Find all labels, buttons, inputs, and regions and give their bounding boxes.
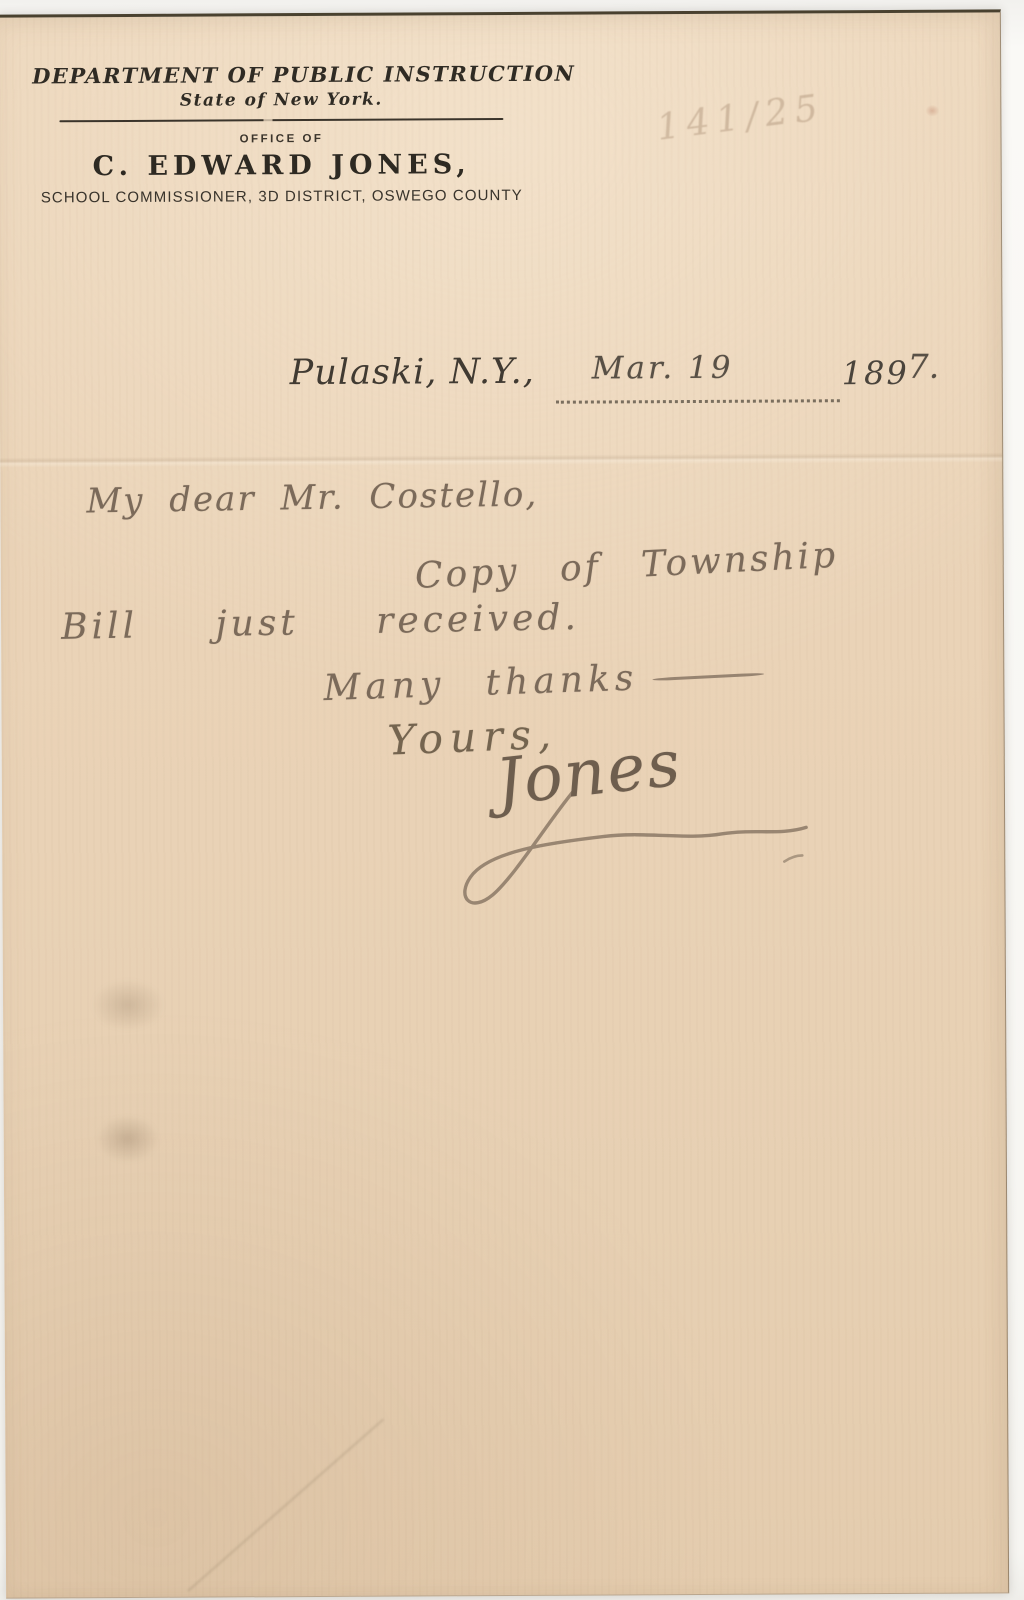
paper-smudge-2	[96, 1115, 160, 1163]
paper-smudge-1	[91, 979, 165, 1031]
dateline-year-printed: 189	[842, 354, 909, 392]
corner-crease	[187, 1419, 384, 1592]
letterhead-state-line: State of New York.	[32, 89, 530, 112]
letterhead-department-line: DEPARTMENT OF PUBLIC INSTRUCTION	[32, 61, 530, 89]
fold-crease	[0, 452, 1002, 467]
letterhead: DEPARTMENT OF PUBLIC INSTRUCTION State o…	[32, 61, 531, 207]
body-line-3: Many thanks	[323, 653, 765, 709]
dateline-year-handwritten: 7.	[908, 347, 940, 386]
dateline-place-printed: Pulaski, N.Y.,	[290, 352, 535, 393]
body-line-1: Copy of Township	[414, 535, 839, 597]
salutation-handwritten: My dear Mr. Costello,	[86, 474, 538, 521]
body-line-2: Bill just received.	[61, 597, 580, 648]
scanned-document-background: DEPARTMENT OF PUBLIC INSTRUCTION State o…	[0, 0, 1024, 1600]
letterhead-divider-rule	[59, 118, 503, 122]
paper-speck	[925, 105, 939, 117]
dateline-date-handwritten: Mar. 19	[592, 350, 734, 387]
signature-flourish	[454, 783, 815, 915]
letter-page: DEPARTMENT OF PUBLIC INSTRUCTION State o…	[0, 9, 1009, 1598]
pencil-annotation: 141/25	[654, 87, 826, 149]
letterhead-commissioner-title: SCHOOL COMMISSIONER, 3D DISTRICT, OSWEGO…	[33, 187, 531, 207]
letterhead-commissioner-name: C. EDWARD JONES,	[33, 149, 531, 183]
letterhead-office-of: OFFICE OF	[32, 132, 530, 147]
pen-flourish-stroke	[652, 673, 764, 682]
dateline-dotted-rule: Mar. 19	[556, 353, 840, 403]
body-line-3-text: Many thanks	[323, 658, 639, 709]
